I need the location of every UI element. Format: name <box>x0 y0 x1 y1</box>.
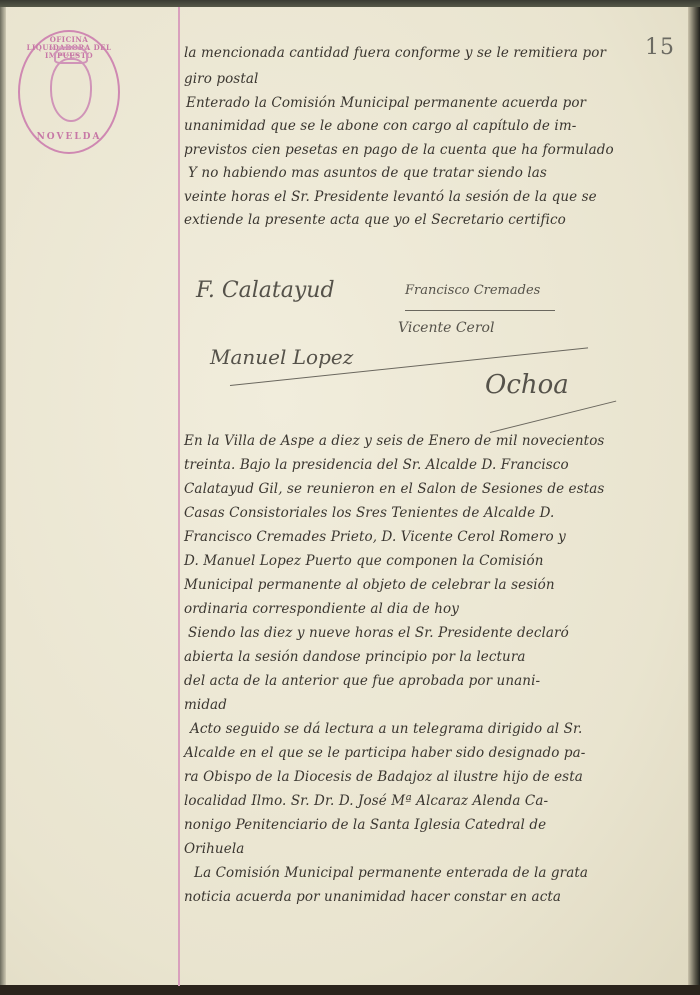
text-line: unanimidad que se le abone con cargo al … <box>184 118 576 134</box>
text-line: ra Obispo de la Diocesis de Badajoz al i… <box>184 769 583 785</box>
text-line: la mencionada cantidad fuera conforme y … <box>184 45 606 61</box>
signature-lopez: Manuel Lopez <box>210 345 353 369</box>
text-line: Calatayud Gil, se reunieron en el Salon … <box>184 481 604 497</box>
signature-cerol: Vicente Cerol <box>398 320 494 336</box>
text-line: abierta la sesión dandose principio por … <box>184 649 526 665</box>
scan-bottom-edge <box>0 985 700 995</box>
text-line: noticia acuerda por unanimidad hacer con… <box>184 889 561 905</box>
text-line: Municipal permanente al objeto de celebr… <box>184 577 555 593</box>
text-line: Casas Consistoriales los Sres Tenientes … <box>184 505 554 521</box>
text-line: veinte horas el Sr. Presidente levantó l… <box>184 189 597 205</box>
text-line: giro postal <box>184 71 258 87</box>
coat-of-arms-icon <box>50 58 92 122</box>
page-number: 15 <box>645 35 675 60</box>
text-line: Orihuela <box>184 841 244 857</box>
signature-calatayud: F. Calatayud <box>196 278 335 303</box>
official-stamp: OFICINA LIQUIDADORA DEL IMPUESTO DE DERE… <box>18 30 120 154</box>
text-line: Y no habiendo mas asuntos de que tratar … <box>188 165 547 181</box>
text-line: La Comisión Municipal permanente enterad… <box>194 865 588 881</box>
text-line: ordinaria correspondiente al dia de hoy <box>184 601 459 617</box>
text-line: Alcalde en el que se le participa haber … <box>184 745 585 761</box>
text-line: D. Manuel Lopez Puerto que componen la C… <box>184 553 544 569</box>
margin-rule <box>178 7 180 986</box>
text-line: midad <box>184 697 227 713</box>
text-line: treinta. Bajo la presidencia del Sr. Alc… <box>184 457 569 473</box>
text-line: Acto seguido se dá lectura a un telegram… <box>190 721 582 737</box>
text-line: En la Villa de Aspe a diez y seis de Ene… <box>184 433 604 449</box>
signature-cremades: Francisco Cremades <box>405 283 540 298</box>
signature-ochoa: Ochoa <box>485 370 569 400</box>
text-line: previstos cien pesetas en pago de la cue… <box>184 142 614 158</box>
text-line: Siendo las diez y nueve horas el Sr. Pre… <box>188 625 569 641</box>
text-line: Francisco Cremades Prieto, D. Vicente Ce… <box>184 529 566 545</box>
text-line: del acta de la anterior que fue aprobada… <box>184 673 540 689</box>
text-line: Enterado la Comisión Municipal permanent… <box>186 95 586 111</box>
text-line: nonigo Penitenciario de la Santa Iglesia… <box>184 817 546 833</box>
page-right-edge <box>688 7 700 986</box>
stamp-bottom-text: NOVELDA <box>34 132 104 142</box>
signature-flourish <box>405 310 555 311</box>
text-line: extiende la presente acta que yo el Secr… <box>184 212 566 228</box>
text-line: localidad Ilmo. Sr. Dr. D. José Mª Alcar… <box>184 793 548 809</box>
